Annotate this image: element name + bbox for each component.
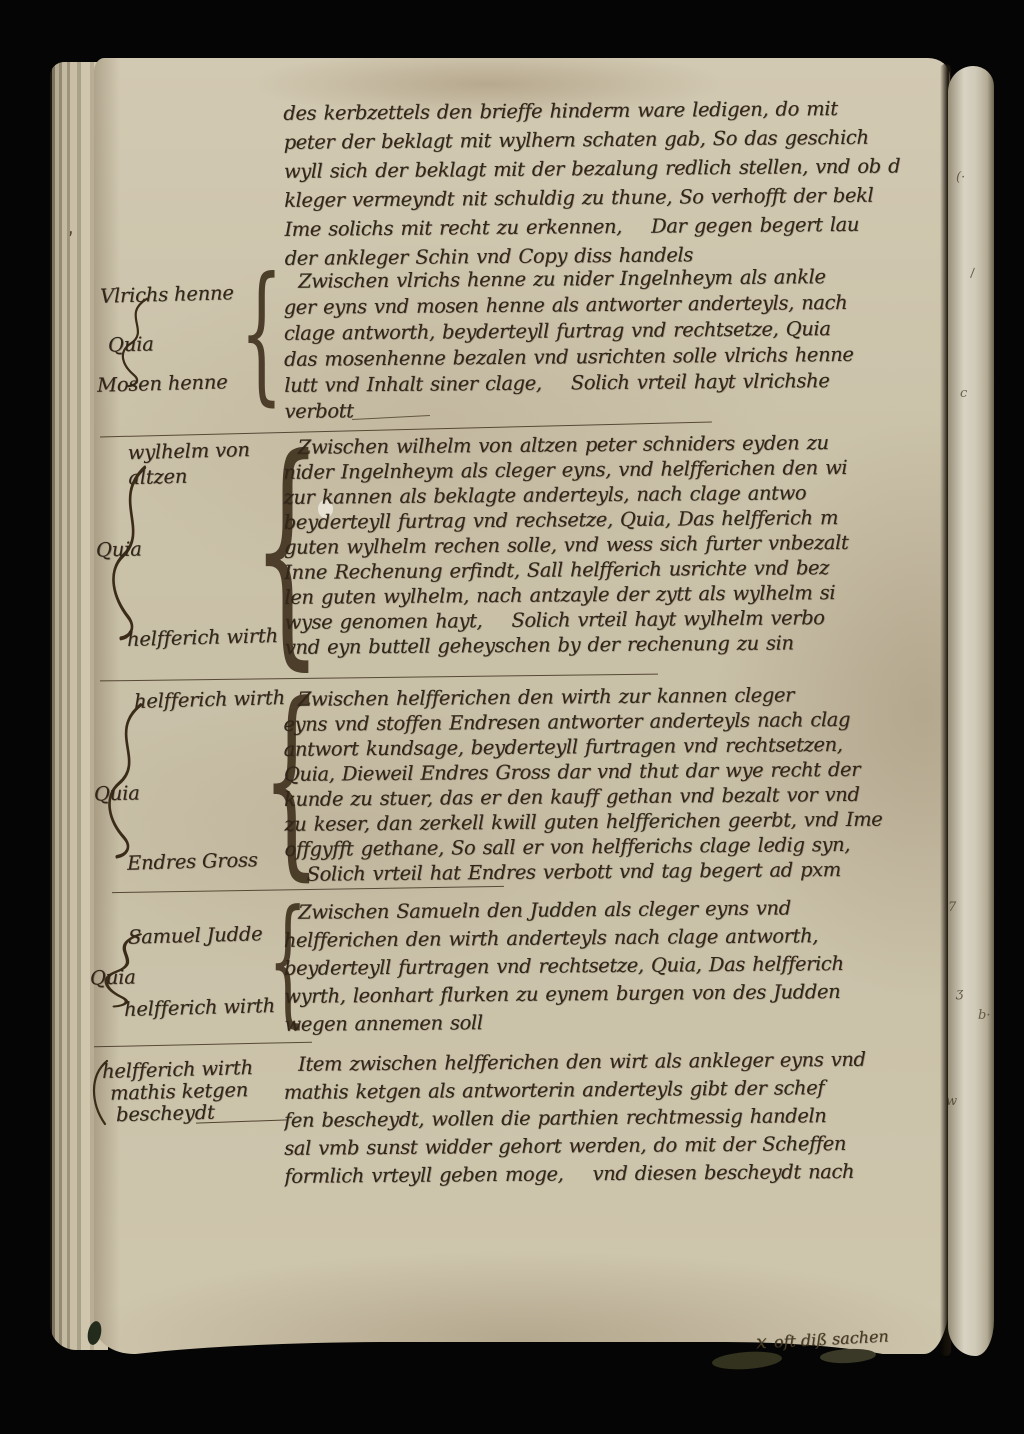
margin-label: Quia: [90, 965, 136, 989]
margin-label: Endres Gross: [127, 848, 258, 874]
fore-edge: [948, 66, 994, 1356]
show-through-mark: w: [946, 1094, 957, 1109]
show-through-mark: 7: [948, 900, 956, 915]
entry-text: Zwischen Samueln den Judden als cleger e…: [283, 893, 948, 1039]
entry-text-line: wegen annemen soll: [284, 1005, 948, 1039]
entry-text: Zwischen wilhelm von altzen peter schnid…: [283, 429, 949, 660]
show-through-mark: c: [960, 386, 967, 401]
margin-label: helfferich wirth: [124, 994, 276, 1021]
show-through-mark: (·: [956, 170, 965, 185]
footer-note-flourish: x: [756, 1331, 768, 1354]
entry-text: Item zwischen helfferichen den wirt als …: [283, 1045, 948, 1191]
margin-label: Quia: [96, 537, 142, 561]
entry-text-line: Item zwischen helfferichen den wirt als …: [283, 1045, 947, 1079]
margin-label: Quia: [94, 781, 140, 805]
show-through-mark: b·: [978, 1008, 990, 1023]
show-through-mark: ʒ: [956, 986, 963, 1001]
entry-text: Zwischen helfferichen den wirth zur kann…: [283, 681, 949, 887]
margin-label: Mosen henne: [97, 370, 228, 396]
entry-text-line: formlich vrteyll geben moge, vnd diesen …: [284, 1157, 948, 1191]
entry-text-line: Ime solichs mit recht zu erkennen, Dar g…: [284, 209, 948, 244]
margin-label: Quia: [108, 332, 154, 356]
book-photo-scene: des kerbzettels den brieffe hinderm ware…: [0, 0, 1024, 1434]
curly-brace-icon: {: [240, 258, 283, 408]
entry-text: Zwischen vlrichs henne zu nider Ingelnhe…: [283, 263, 948, 425]
margin-flourish-icon: [100, 700, 148, 860]
continuation-text: des kerbzettels den brieffe hinderm ware…: [283, 93, 948, 273]
